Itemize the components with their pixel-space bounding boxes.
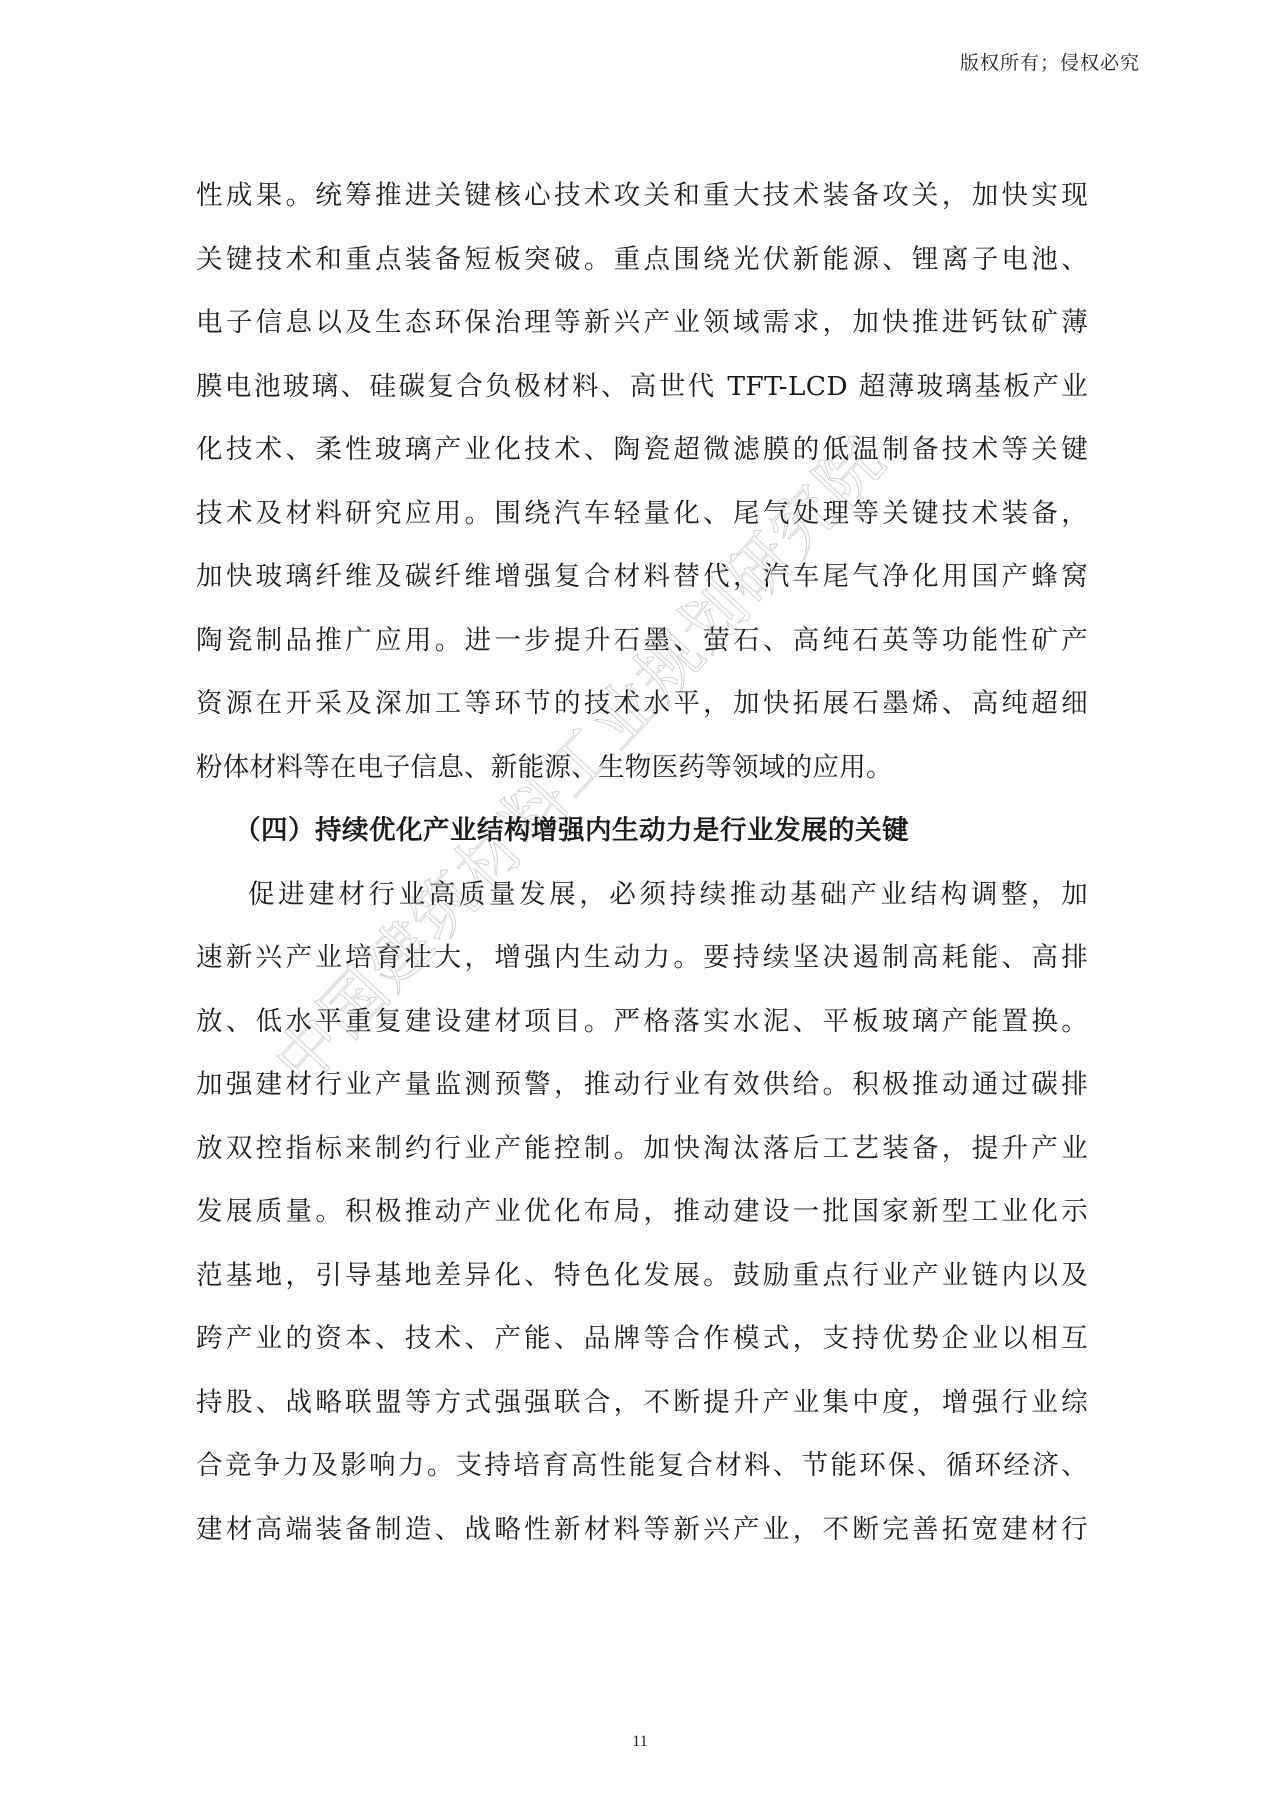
text-line: 技术及材料研究应用。围绕汽车轻量化、尾气处理等关键技术装备，	[196, 482, 1088, 546]
text-line: 促进建材行业高质量发展，必须持续推动基础产业结构调整，加	[196, 863, 1088, 927]
text-line: 粉体材料等在电子信息、新能源、生物医药等领域的应用。	[196, 736, 1088, 800]
text-line: 资源在开采及深加工等环节的技术水平，加快拓展石墨烯、高纯超细	[196, 672, 1088, 736]
text-line: 加快玻璃纤维及碳纤维增强复合材料替代，汽车尾气净化用国产蜂窝	[196, 545, 1088, 609]
text-line: 范基地，引导基地差异化、特色化发展。鼓励重点行业产业链内以及	[196, 1244, 1088, 1308]
text-line: 化技术、柔性玻璃产业化技术、陶瓷超微滤膜的低温制备技术等关键	[196, 418, 1088, 482]
text-line: 膜电池玻璃、硅碳复合负极材料、高世代 TFT-LCD 超薄玻璃基板产业	[196, 355, 1088, 419]
text-line: 速新兴产业培育壮大，增强内生动力。要持续坚决遏制高耗能、高排	[196, 926, 1088, 990]
text-line: 持股、战略联盟等方式强强联合，不断提升产业集中度，增强行业综	[196, 1371, 1088, 1435]
document-page: 版权所有；侵权必究 中国建筑材料工业规划研究院 性成果。统筹推进关键核心技术攻关…	[0, 0, 1280, 1810]
paragraph: 性成果。统筹推进关键核心技术攻关和重大技术装备攻关，加快实现 关键技术和重点装备…	[196, 164, 1088, 799]
text-line: 发展质量。积极推动产业优化布局，推动建设一批国家新型工业化示	[196, 1180, 1088, 1244]
paragraph: 促进建材行业高质量发展，必须持续推动基础产业结构调整，加 速新兴产业培育壮大，增…	[196, 863, 1088, 1562]
text-line: 合竞争力及影响力。支持培育高性能复合材料、节能环保、循环经济、	[196, 1434, 1088, 1498]
text-line: 陶瓷制品推广应用。进一步提升石墨、萤石、高纯石英等功能性矿产	[196, 609, 1088, 673]
copyright-notice: 版权所有；侵权必究	[960, 48, 1140, 75]
text-line: 电子信息以及生态环保治理等新兴产业领域需求，加快推进钙钛矿薄	[196, 291, 1088, 355]
text-line: 加强建材行业产量监测预警，推动行业有效供给。积极推动通过碳排	[196, 1053, 1088, 1117]
text-line: 关键技术和重点装备短板突破。重点围绕光伏新能源、锂离子电池、	[196, 228, 1088, 292]
page-number: 11	[0, 1733, 1280, 1751]
text-line: 放、低水平重复建设建材项目。严格落实水泥、平板玻璃产能置换。	[196, 990, 1088, 1054]
text-line: 性成果。统筹推进关键核心技术攻关和重大技术装备攻关，加快实现	[196, 164, 1088, 228]
text-line: 放双控指标来制约行业产能控制。加快淘汰落后工艺装备，提升产业	[196, 1117, 1088, 1181]
text-line: 跨产业的资本、技术、产能、品牌等合作模式，支持优势企业以相互	[196, 1307, 1088, 1371]
document-body: 性成果。统筹推进关键核心技术攻关和重大技术装备攻关，加快实现 关键技术和重点装备…	[196, 164, 1088, 1561]
text-line: 建材高端装备制造、战略性新材料等新兴产业，不断完善拓宽建材行	[196, 1498, 1088, 1562]
section-heading: （四）持续优化产业结构增强内生动力是行业发展的关键	[196, 799, 1088, 863]
